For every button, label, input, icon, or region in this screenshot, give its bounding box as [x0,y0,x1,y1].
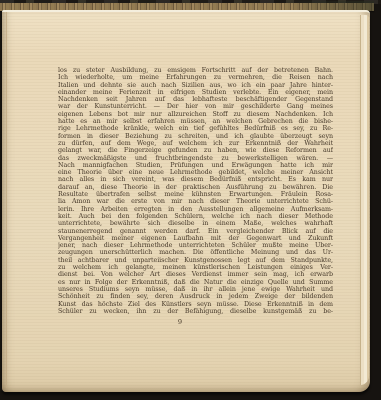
text-line: unseres Studiums seyn müsse, daß in ihr … [58,286,333,293]
text-line: zeugungen unerschütterlich machen. Die ö… [58,249,333,256]
text-line: lerin. Ihre Arbeiten erregten in den Aus… [58,206,333,213]
text-line: hatte es an mir selbst erfahren müssen, … [58,118,333,125]
text-line: Schüler zu wecken, ihn zu der Befähigung… [58,308,333,315]
text-line: Vergangenheit meiner eigenen Laufbahn mi… [58,235,333,242]
text-line: jener, nach dieser Lehrmethode unterrich… [58,242,333,249]
text-line: Schönheit zu finden sey, deren Ausdruck … [58,293,333,300]
text-line: darauf an, diese Theorie in der praktisc… [58,184,333,191]
text-line: eine Theorie über eine neue Lehrmethode … [58,169,333,176]
text-line: Nach mannigfachen Studien, Prüfungen und… [58,162,333,169]
text-line: zu dürfen, auf dem Wege, auf welchem ich… [58,140,333,147]
text-line: theil achtbarer und unparteiischer Kunst… [58,257,333,264]
text-line: war der Kunstunterricht. — Der hier von … [58,103,333,110]
book-page: los zu steter Ausbildung, zu emsigem For… [2,10,370,392]
text-line: unterrichtete, bewährte sich dieselbe in… [58,220,333,227]
page-number: 9 [58,318,302,326]
text-line: zu welchem ich gelangte, meinen künstler… [58,264,333,271]
text-line: eigenen Lebens bot mir nur allzureichen … [58,111,333,118]
text-line: lia Amon war die erste von mir nach dies… [58,198,333,205]
gutter-fold-line [6,12,7,388]
text-line: staunenerregend genannt werden darf. Ein… [58,228,333,235]
text-line: Nachdenken seit Jahren auf das lebhaftes… [58,96,333,103]
text-line: rige Lehrmethode kränkle, welch ein tief… [58,125,333,132]
text-line: das zweckmäßigste und fruchtbringendste … [58,155,333,162]
text-line: Kunst das höchste Ziel des Künstlers sey… [58,301,333,308]
text-line: einander meine Ferienzeit in eifrigen St… [58,89,333,96]
text-line: los zu steter Ausbildung, zu emsigem For… [58,67,333,74]
text-line: gelangt war, die Fingerzeige gefunden zu… [58,147,333,154]
text-line: formen in dieser Beziehung zu schreiten,… [58,133,333,140]
text-line: Resultate übertrafen selbst meine kühnst… [58,191,333,198]
text-line: Italien und dehnte sie auch nach Sizilie… [58,82,333,89]
text-line: dienst bei. Von welcher Art dieses Verdi… [58,271,333,278]
text-line: nach alles in sich vereint, was diesem B… [58,176,333,183]
body-text: los zu steter Ausbildung, zu emsigem For… [58,67,333,315]
text-line: es nur in Folge der Erkenntniß, daß die … [58,279,333,286]
right-page-edge-stack [360,15,369,385]
text-line: keit. Auch bei den folgenden Schülern, w… [58,213,333,220]
text-line: Ich wiederholte, um meine Erfahrungen zu… [58,74,333,81]
